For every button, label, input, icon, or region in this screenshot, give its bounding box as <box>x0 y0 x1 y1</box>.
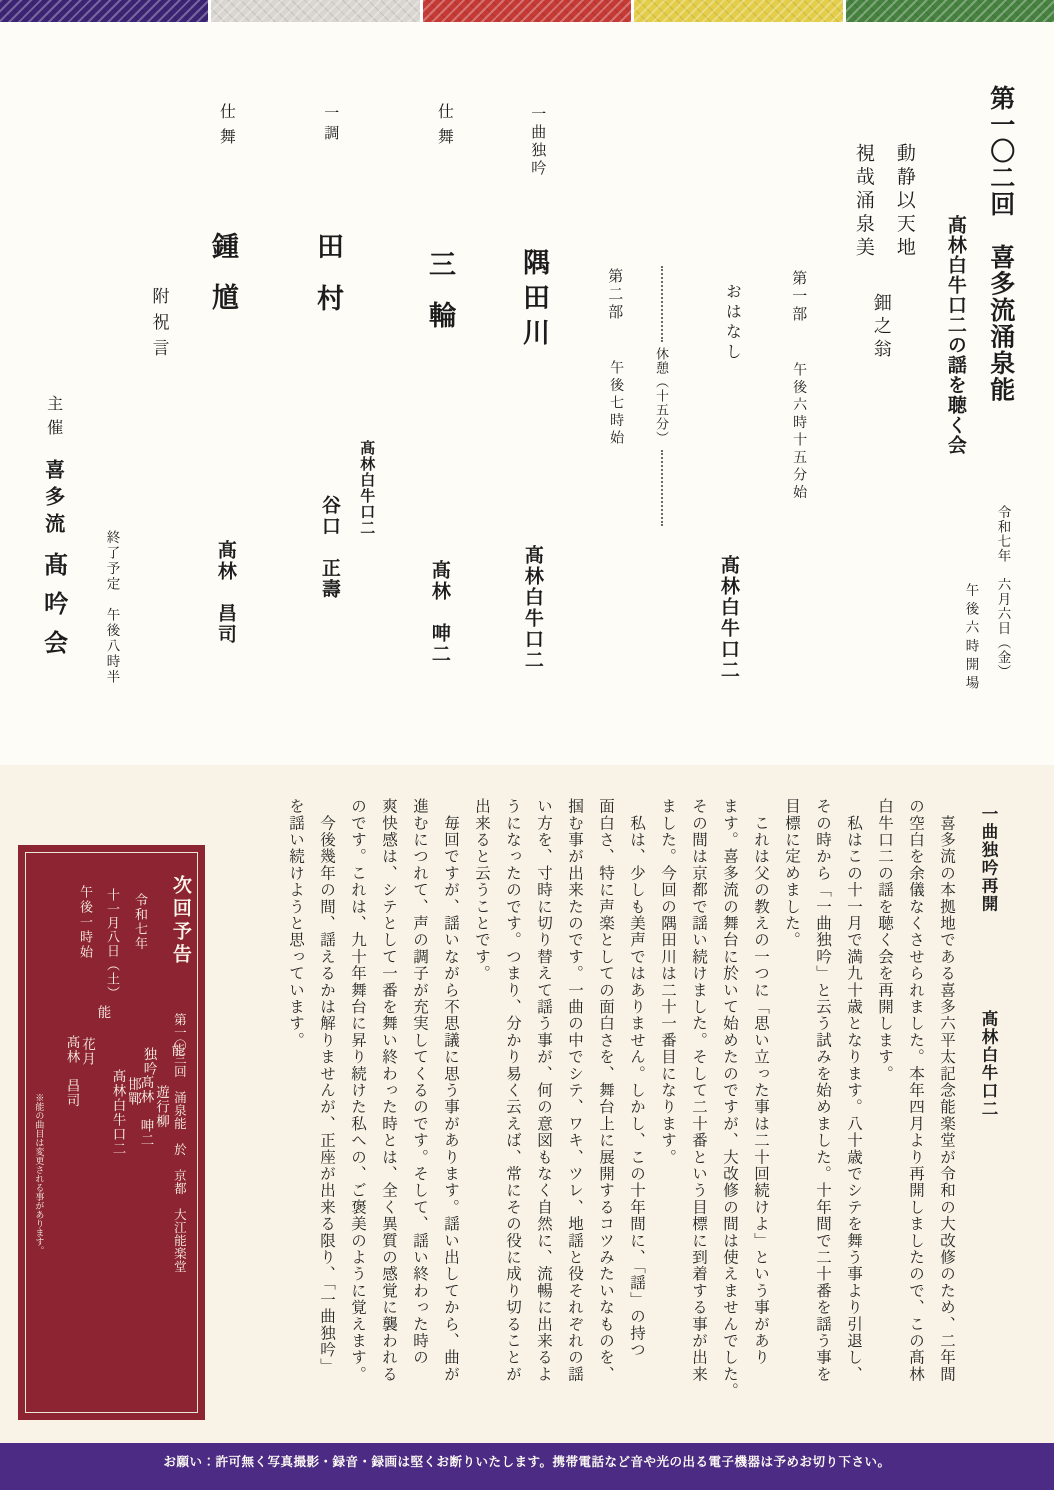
next-item-genre: 独吟 <box>141 1047 157 1156</box>
event-date: 令和七年 六月六日（金） <box>995 505 1011 679</box>
program-item-performer: 髙林 呻二 <box>428 560 450 665</box>
top-border-silver-segment <box>211 0 419 22</box>
part1-label: 第一部 <box>789 270 806 324</box>
next-item-performer: 髙林白牛口二 <box>110 1069 126 1156</box>
program-item-genre: 仕舞 <box>434 103 452 153</box>
program-item-piece: 三輪 <box>424 250 455 352</box>
top-border-yellow-segment <box>634 0 842 22</box>
next-announcement-frame: 次回予告 第一〇三回 涌泉能 於 京都 大江能楽堂 令和七年 十一月八日（土） … <box>25 852 198 1413</box>
next-program-item: 能花月髙林 昌司 <box>64 1005 111 1108</box>
next-item-piece: 邯鄲 <box>126 1077 142 1156</box>
next-date-era: 令和七年 <box>132 893 147 951</box>
next-note: ※能の曲目は変更される事があります。 <box>34 1093 44 1255</box>
dotted-rule-top <box>661 266 663 342</box>
program-item-performer: 髙林白牛口二 <box>521 545 543 671</box>
event-subtitle: 髙林白牛口二の謡を聴く会 <box>944 215 966 455</box>
intermission-label: 休憩（十五分） <box>652 347 671 445</box>
closing-piece-label: 附祝言 <box>149 287 169 365</box>
next-date-day: 十一月八日（土） <box>104 888 119 1000</box>
verse-line-1: 動静以天地 <box>893 143 915 261</box>
top-border-purple-segment <box>0 0 208 22</box>
talk-label: おはなし <box>722 283 740 363</box>
footer-notice-text: お願い：許可無く写真撮影・録音・録画は堅くお断りいたします。携帯電話など音や光の… <box>163 1452 890 1470</box>
verse-attribution: 鈿之翁 <box>871 293 892 362</box>
program-item-performer: 髙林白牛口二 <box>357 440 374 536</box>
program-item-performer: 谷口 正壽 <box>318 495 340 600</box>
top-border-red-segment <box>423 0 631 22</box>
organizer-block: 主催喜多流髙吟会 <box>38 395 66 669</box>
next-announcement-box: 次回予告 第一〇三回 涌泉能 於 京都 大江能楽堂 令和七年 十一月八日（土） … <box>18 845 205 1420</box>
essay-body: 喜多流の本拠地である喜多六平太記念能楽堂が令和の大改修のため、二年間 の空白を余… <box>280 798 962 1443</box>
top-border-green-segment <box>846 0 1054 22</box>
part2-label: 第二部 <box>605 268 622 322</box>
essay-section: 一曲独吟再開 髙林白牛口二 喜多流の本拠地である喜多六平太記念能楽堂が令和の大改… <box>0 765 1054 1443</box>
part1-start-time: 午後六時十五分始 <box>790 362 806 502</box>
dotted-rule-bottom <box>661 450 663 526</box>
program-item-piece: 鍾馗 <box>207 232 238 334</box>
program-item-genre: 一曲独吟 <box>528 106 545 178</box>
doors-open-time: 午後六時開場 <box>963 583 979 694</box>
footer-notice-bar: お願い：許可無く写真撮影・録音・録画は堅くお断りいたします。携帯電話など音や光の… <box>0 1443 1054 1490</box>
talk-performer: 髙林白牛口二 <box>717 555 739 681</box>
verse-line-2: 視哉涌泉美 <box>852 143 874 261</box>
program-item-performer: 髙林 昌司 <box>214 540 236 645</box>
organizer-school: 喜多流 <box>42 459 64 540</box>
top-border-band <box>0 0 1054 22</box>
next-start-time: 午後一時始 <box>77 885 92 960</box>
next-item-genre: 能 <box>95 1005 111 1108</box>
next-program-item: 独吟邯鄲髙林白牛口二 <box>110 1047 157 1156</box>
program-item-piece: 田村 <box>312 232 343 336</box>
organizer-label: 主催 <box>45 395 62 443</box>
end-time: 終了予定 午後八時半 <box>104 530 120 685</box>
noh-program-page: 第一〇二回 喜多流涌泉能 髙林白牛口二の謡を聴く会 令和七年 六月六日（金） 午… <box>0 0 1054 1490</box>
organizer-group: 髙吟会 <box>40 552 66 669</box>
next-item-genre: 能 <box>169 1043 185 1148</box>
event-title: 第一〇二回 喜多流涌泉能 <box>985 85 1014 403</box>
essay-author: 髙林白牛口二 <box>978 1010 997 1118</box>
program-item-genre: 一調 <box>321 105 338 145</box>
intermission-block: 休憩（十五分） <box>652 266 671 526</box>
part2-start-time: 午後七時始 <box>607 360 623 448</box>
essay-title: 一曲独吟再開 <box>978 805 997 913</box>
next-item-piece: 花月 <box>80 1037 96 1108</box>
program-item-piece: 隅田川 <box>518 248 549 353</box>
program-item-genre: 仕舞 <box>216 103 234 153</box>
next-item-performer: 髙林 昌司 <box>64 1035 80 1108</box>
next-heading: 次回予告 <box>169 875 191 967</box>
